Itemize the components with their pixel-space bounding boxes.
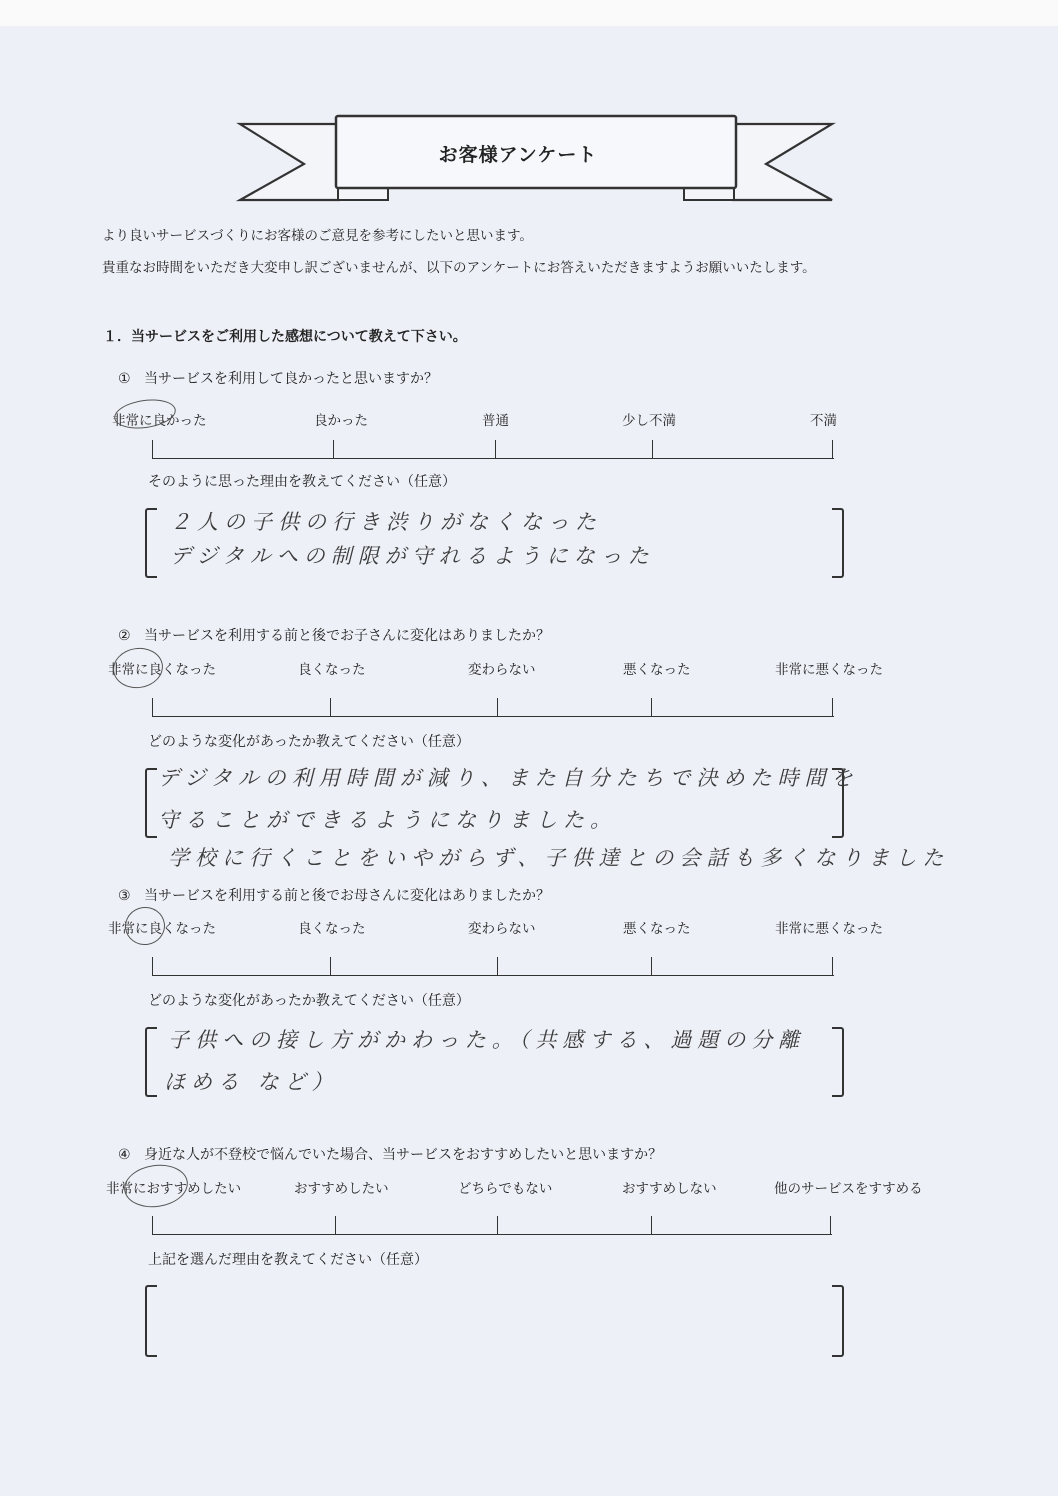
- option-q1-3[interactable]: 普通: [482, 409, 509, 429]
- scan-edge: [0, 0, 1058, 26]
- selection-circle-q3: [123, 904, 168, 947]
- option-q3-3[interactable]: 変わらない: [468, 917, 536, 937]
- handwritten-answer-q2-line-2[interactable]: 守ることができるようになりました。: [158, 804, 617, 834]
- option-q4-4[interactable]: おすすめしない: [622, 1177, 717, 1197]
- option-q4-2[interactable]: おすすめしたい: [294, 1177, 389, 1197]
- option-q1-4[interactable]: 少し不満: [622, 409, 676, 429]
- question-text: 当サービスを利用する前と後でお母さんに変化はありましたか？: [144, 888, 550, 904]
- option-q3-4[interactable]: 悪くなった: [623, 917, 691, 937]
- option-q2-3[interactable]: 変わらない: [468, 658, 536, 678]
- option-q3-5[interactable]: 非常に悪くなった: [775, 917, 883, 937]
- answer-bracket-left: [145, 508, 157, 578]
- answer-bracket-right: [832, 1285, 844, 1357]
- question-4: ④身近な人が不登校で悩んでいた場合、当サービスをおすすめしたいと思いますか？: [118, 1144, 662, 1164]
- option-q3-2[interactable]: 良くなった: [298, 917, 366, 937]
- handwritten-answer-q2-line-3[interactable]: 学校に行くことをいやがらず、子供達との会話も多くなりました: [168, 842, 949, 872]
- option-q4-3[interactable]: どちらでもない: [458, 1177, 552, 1197]
- question-3: ③当サービスを利用する前と後でお母さんに変化はありましたか？: [118, 885, 550, 905]
- reason-label-q3: どのような変化があったか教えてください（任意）: [148, 990, 470, 1010]
- answer-bracket-left: [145, 1285, 157, 1357]
- empty-answer-area-q4[interactable]: [170, 1290, 820, 1350]
- question-number: ③: [118, 888, 144, 904]
- question-text: 身近な人が不登校で悩んでいた場合、当サービスをおすすめしたいと思いますか？: [144, 1147, 662, 1163]
- option-q4-5[interactable]: 他のサービスをすすめる: [774, 1177, 923, 1197]
- handwritten-answer-q3-line-1[interactable]: 子供への接し方がかわった。（共感する、過題の分離: [168, 1024, 805, 1054]
- intro-line-2: 貴重なお時間をいただき大変申し訳ございませんが、以下のアンケートにお答えいただき…: [102, 256, 816, 276]
- selection-circle-q4: [121, 1161, 190, 1211]
- option-q2-2[interactable]: 良くなった: [298, 658, 366, 678]
- reason-label-q4: 上記を選んだ理由を教えてください（任意）: [148, 1249, 428, 1269]
- question-number: ②: [118, 628, 144, 644]
- option-q1-2[interactable]: 良かった: [314, 409, 368, 429]
- option-q1-5[interactable]: 不満: [810, 409, 837, 429]
- handwritten-answer-q3-line-2[interactable]: ほめる など）: [164, 1066, 339, 1096]
- reason-label-q2: どのような変化があったか教えてください（任意）: [148, 731, 470, 751]
- intro-line-1: より良いサービスづくりにお客様のご意見を参考にしたいと思います。: [102, 224, 533, 244]
- question-1: ①当サービスを利用して良かったと思いますか？: [118, 368, 438, 388]
- rating-scale-q1[interactable]: [152, 438, 834, 459]
- handwritten-answer-q1-line-1[interactable]: ２人の子供の行き渋りがなくなった: [170, 506, 602, 536]
- question-text: 当サービスを利用する前と後でお子さんに変化はありましたか？: [144, 628, 550, 644]
- question-text: 当サービスを利用して良かったと思いますか？: [144, 371, 438, 387]
- section-title: １．当サービスをご利用した感想について教えて下さい。: [103, 326, 467, 346]
- answer-bracket-right: [832, 1027, 844, 1097]
- option-q2-5[interactable]: 非常に悪くなった: [775, 658, 883, 678]
- page-title: お客様アンケート: [338, 140, 698, 167]
- question-number: ①: [118, 371, 144, 387]
- handwritten-answer-q1-line-2[interactable]: デジタルへの制限が守れるようになった: [170, 540, 655, 570]
- question-number: ④: [118, 1147, 144, 1163]
- rating-scale-q4[interactable]: [152, 1214, 832, 1235]
- answer-bracket-left: [145, 768, 157, 838]
- selection-circle-q2: [110, 645, 165, 692]
- option-q2-4[interactable]: 悪くなった: [623, 658, 691, 678]
- rating-scale-q2[interactable]: [152, 696, 834, 717]
- rating-scale-q3[interactable]: [152, 955, 834, 976]
- answer-bracket-left: [145, 1027, 157, 1097]
- handwritten-answer-q2-line-1[interactable]: デジタルの利用時間が減り、また自分たちで決めた時間を: [158, 762, 859, 792]
- answer-bracket-right: [832, 508, 844, 578]
- question-2: ②当サービスを利用する前と後でお子さんに変化はありましたか？: [118, 625, 550, 645]
- reason-label-q1: そのように思った理由を教えてください（任意）: [148, 471, 456, 491]
